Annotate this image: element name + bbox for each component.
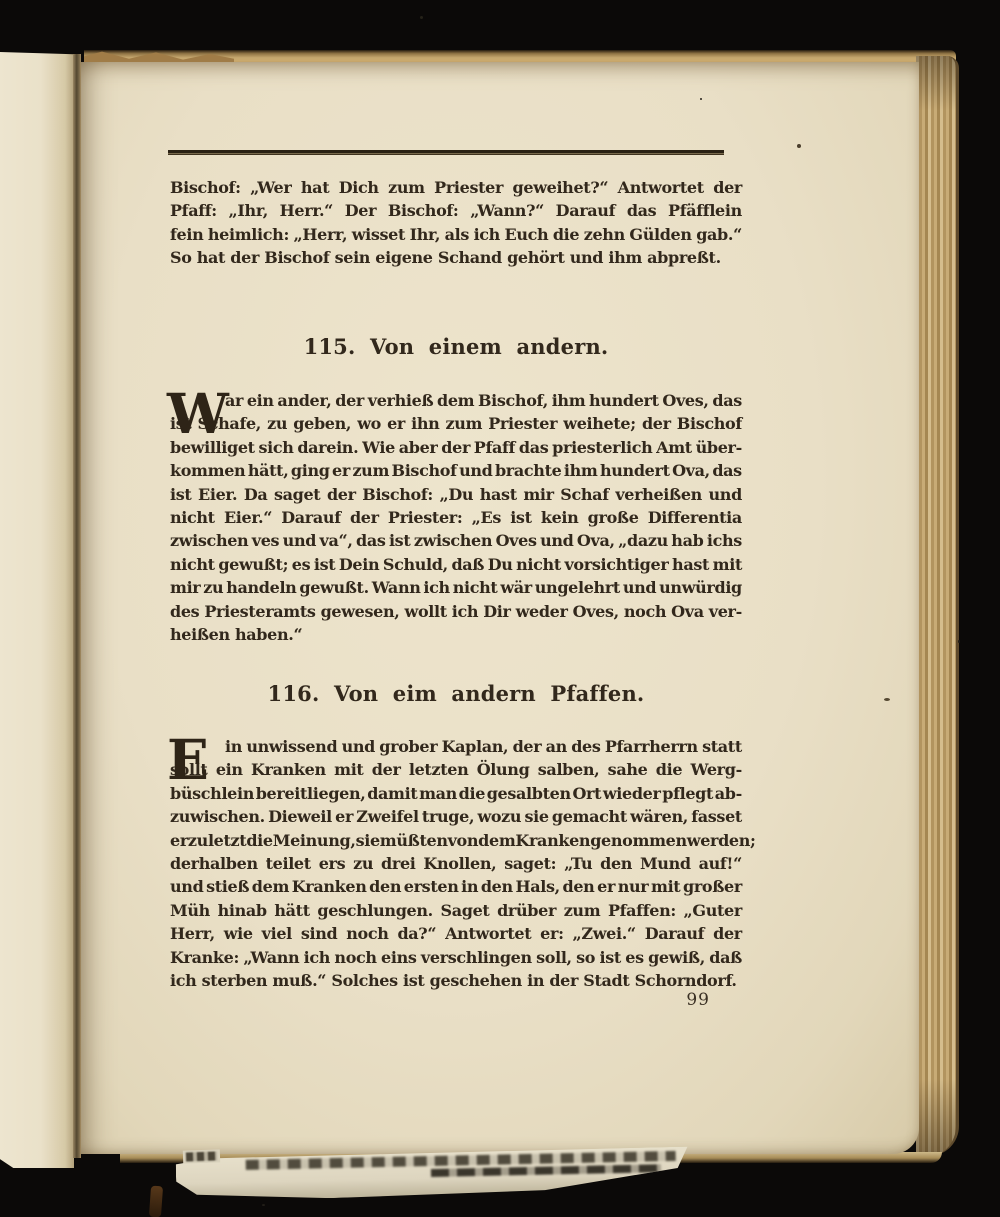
- intro-paragraph: Bischof:„WerhatDichzumPriestergeweihet?“…: [170, 176, 742, 270]
- facing-page: [0, 52, 74, 1168]
- fore-edge: [916, 56, 959, 1156]
- text-line: So hat der Bischof sein eigene Schand ge…: [170, 246, 742, 269]
- text-line: ich sterben muß.“ Solches ist geschehen …: [170, 969, 742, 992]
- text-line: bewilligetsichdarein.WieaberderPfaffdasp…: [170, 436, 742, 459]
- dust-speck: [700, 98, 702, 100]
- text-line: inunwissendundgroberKaplan,derandesPfarr…: [170, 735, 742, 758]
- text-line: Bischof:„WerhatDichzumPriestergeweihet?“…: [170, 176, 742, 199]
- text-line: zwischenvesundva“,dasistzwischenOvesundO…: [170, 529, 742, 552]
- text-line: areinander,derverhießdemBischof,ihmhunde…: [170, 389, 742, 412]
- section-116-paragraph: E inunwissendundgroberKaplan,derandesPfa…: [170, 735, 742, 992]
- text-line: Pfaff:„Ihr,Herr.“DerBischof:„Wann?“Darau…: [170, 199, 742, 222]
- text-line: büschleinbereitliegen,damitmandiegesalbt…: [170, 782, 742, 805]
- section-115-paragraph: W areinander,derverhießdemBischof,ihmhun…: [170, 389, 742, 646]
- header-rule: [168, 150, 724, 155]
- text-line: sollteinKrankenmitderletztenÖlungsalben,…: [170, 758, 742, 781]
- ink-speck: [797, 144, 801, 148]
- text-line: Kranke:„Wannichnocheinsverschlingensoll,…: [170, 946, 742, 969]
- slip-fragment: [183, 1149, 220, 1163]
- section-116-heading: 116. Von eim andern Pfaffen.: [170, 681, 742, 706]
- text-line: desPriesteramtsgewesen,wolltichDirwederO…: [170, 600, 742, 623]
- page-number: 99: [170, 990, 710, 1010]
- page-gutter: [73, 54, 81, 1158]
- ink-speck: [884, 698, 890, 701]
- text-line: feinheimlich:„Herr,wissetIhr,alsichEuchd…: [170, 223, 742, 246]
- text-line: zuwischen.DieweilerZweifeltruge,wozusieg…: [170, 805, 742, 828]
- text-line: derhalbenteileterszudreiKnollen,saget:„T…: [170, 852, 742, 875]
- dust-speck: [262, 1204, 265, 1206]
- text-line: Mühhinabhättgeschlungen.SagetdrüberzumPf…: [170, 899, 742, 922]
- text-line: istEier.DasagetderBischof:„DuhastmirScha…: [170, 483, 742, 506]
- section-115-heading: 115. Von einem andern.: [170, 334, 742, 359]
- text-line: undstießdemKrankendenerstenindenHals,den…: [170, 875, 742, 898]
- text-line: istSchafe,zugeben,woerihnzumPriesterweih…: [170, 412, 742, 435]
- twig: [149, 1186, 163, 1217]
- text-line: heißen haben.“: [170, 623, 742, 646]
- text-line: mirzuhandelngewußt.Wannichnichtwärungele…: [170, 576, 742, 599]
- photo-background: Bischof:„WerhatDichzumPriestergeweihet?“…: [0, 0, 1000, 1217]
- slip-print-smudge: [431, 1164, 661, 1177]
- text-line: nichtgewußt;esistDeinSchuld,daßDunichtvo…: [170, 553, 742, 576]
- text-line: nichtEier.“DaraufderPriester:„Esistkeing…: [170, 506, 742, 529]
- text-line: Herr,wievielsindnochda?“Antworteter:„Zwe…: [170, 922, 742, 945]
- text-line: kommenhätt,gingerzumBischofundbrachteihm…: [170, 459, 742, 482]
- drop-cap: W: [167, 391, 229, 437]
- dust-speck: [420, 16, 423, 19]
- dust-speck: [958, 640, 960, 643]
- book-page: Bischof:„WerhatDichzumPriestergeweihet?“…: [81, 62, 919, 1154]
- drop-cap: E: [167, 737, 209, 783]
- text-line: erzuletztdieMeinung,siemüßtenvondemKrank…: [170, 829, 742, 852]
